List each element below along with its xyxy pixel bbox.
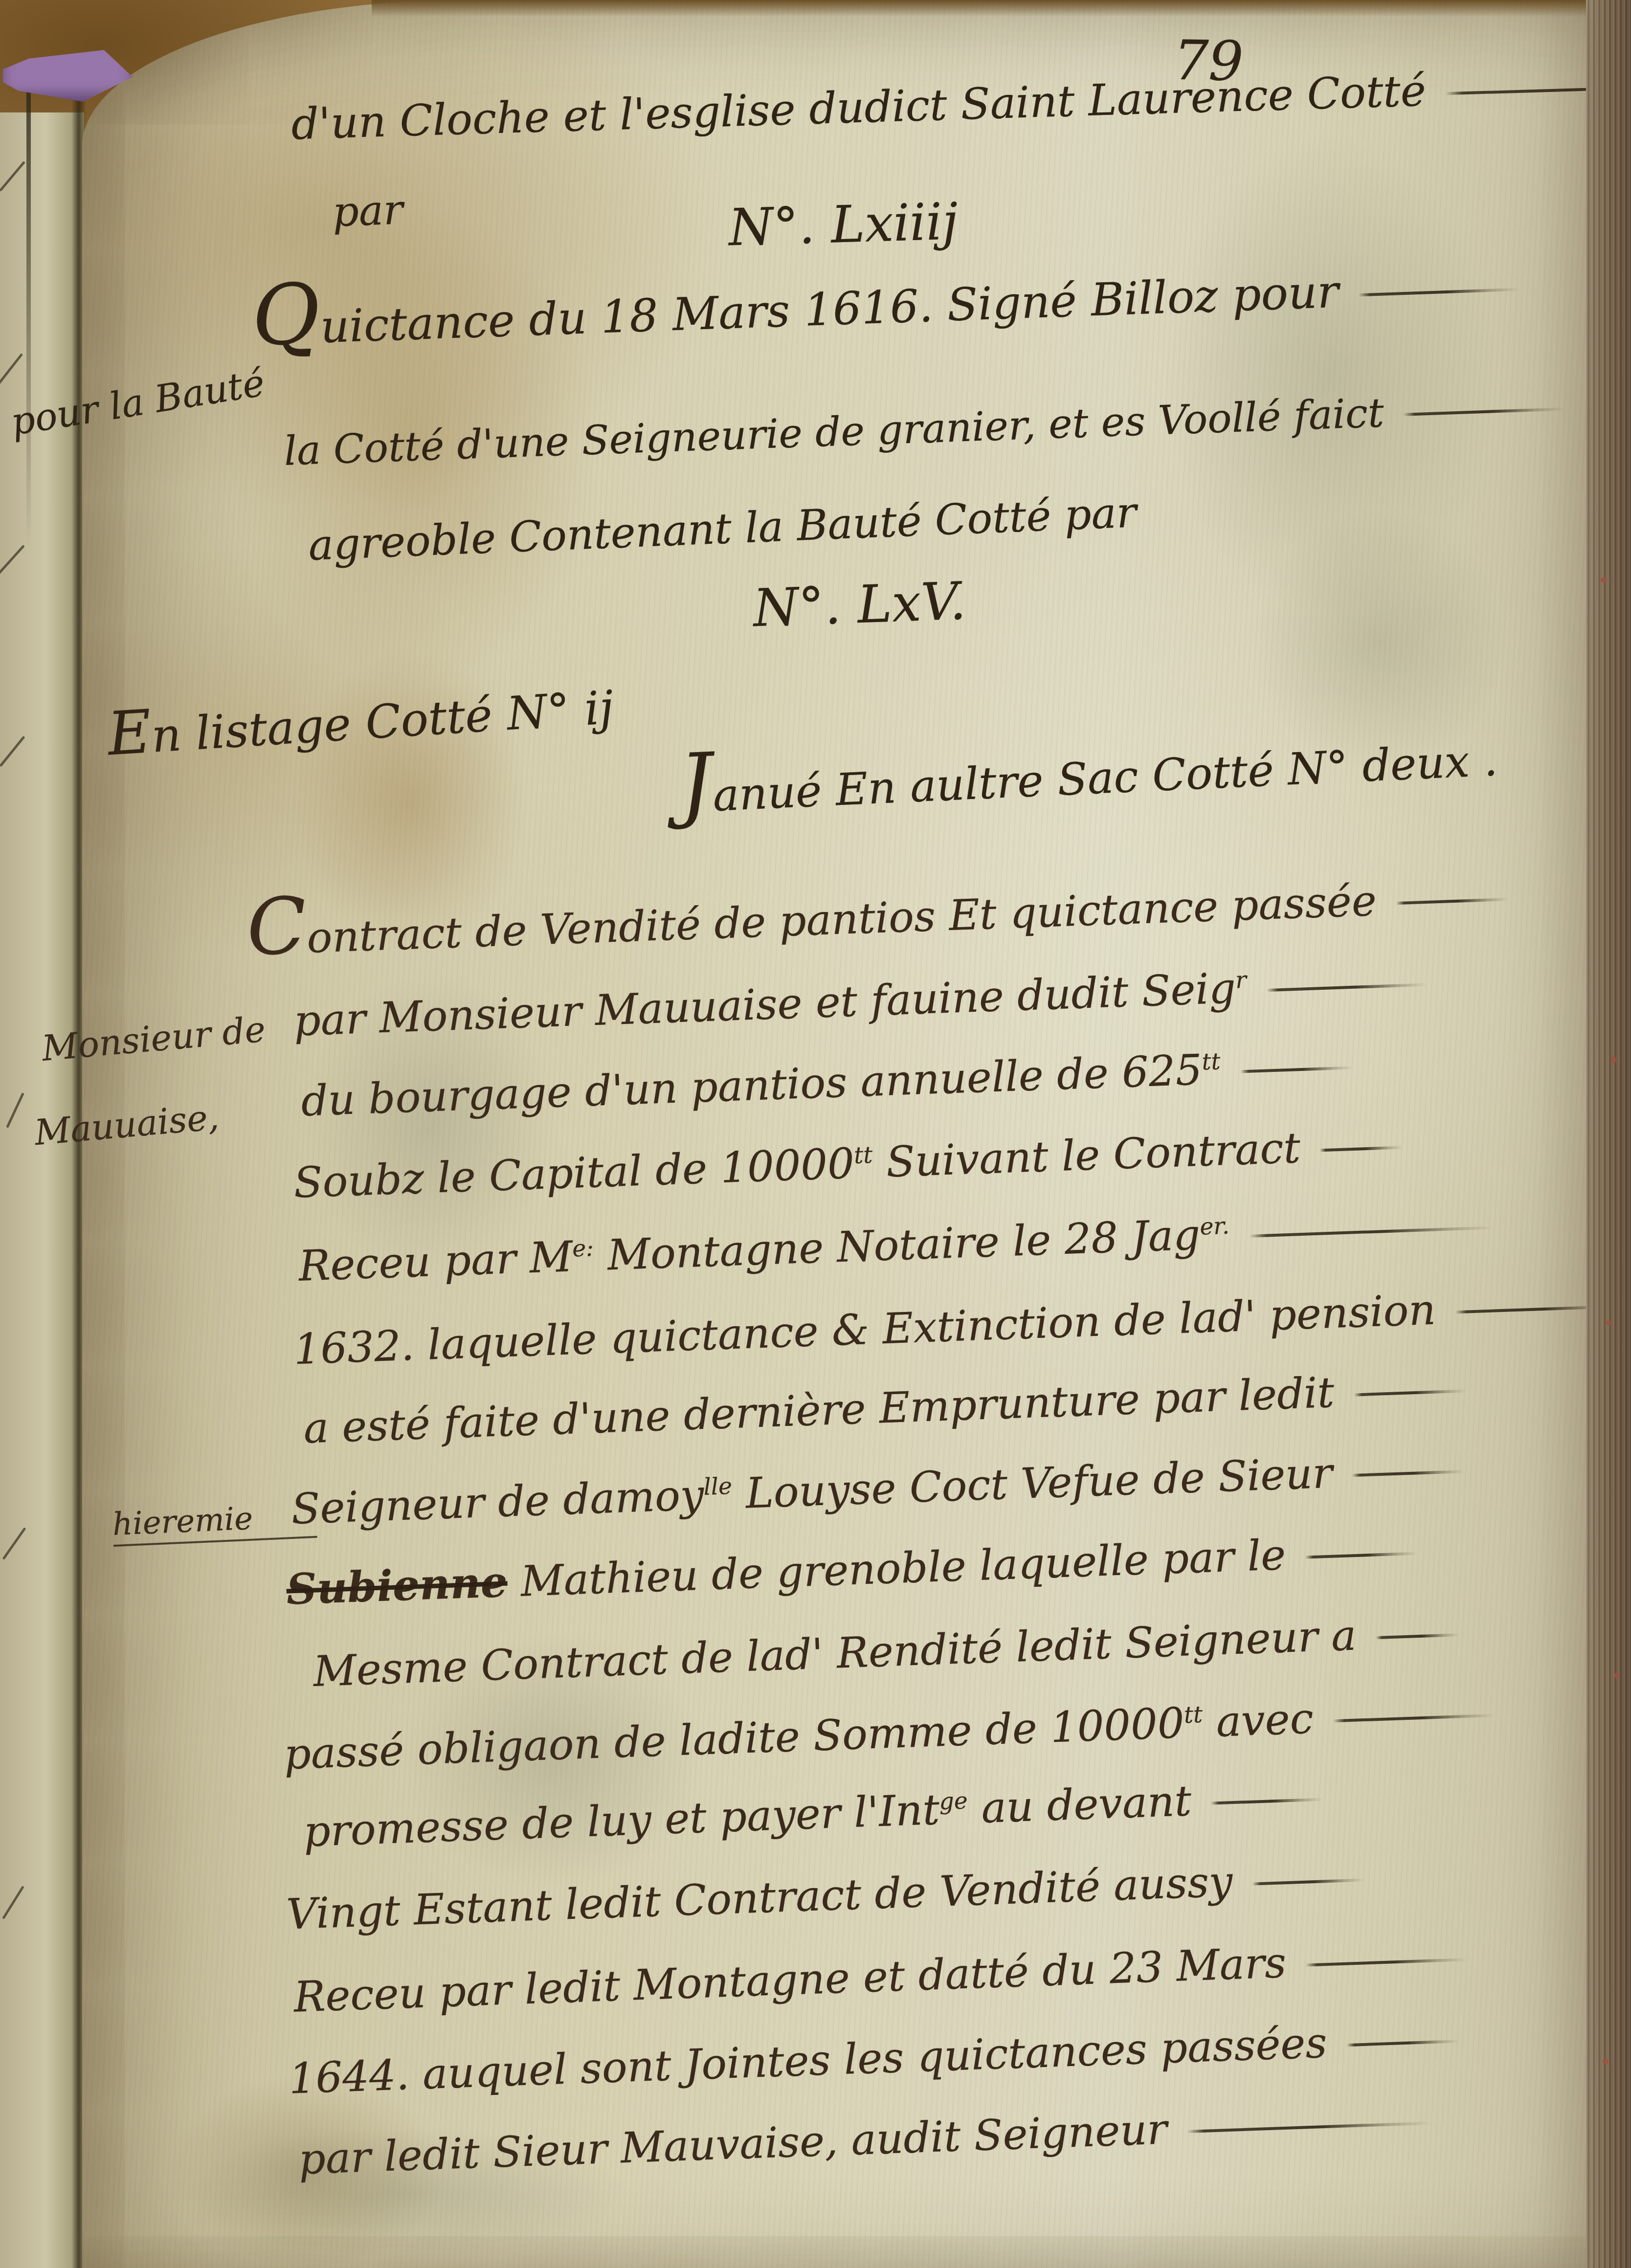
- entry-number-heading: N°. LxV.: [752, 571, 967, 638]
- entry65-line-text: Receu par M: [298, 1232, 573, 1290]
- line-filler-dash: [1346, 2040, 1459, 2046]
- edge-speckle: [1601, 577, 1607, 583]
- superscript: tt: [853, 1142, 873, 1169]
- superscript: ge: [938, 1787, 968, 1815]
- entry65-line-text: avec: [1202, 1694, 1315, 1747]
- struck-word: Subienne: [286, 1557, 508, 1615]
- line-filler-dash: [1249, 1226, 1494, 1237]
- superscript: e:: [572, 1235, 594, 1263]
- line-filler-dash: [1404, 407, 1565, 416]
- line-filler-dash: [1305, 1552, 1418, 1559]
- edge-speckle: [1614, 1672, 1619, 1678]
- superscript: r: [1235, 967, 1247, 994]
- edge-speckle: [1603, 2059, 1609, 2065]
- binding-thread: [26, 68, 31, 548]
- line-filler-dash: [1354, 1389, 1466, 1396]
- line-filler-dash: [1376, 1633, 1459, 1639]
- manuscript-photo: { "page": { "folio_number": "79", "ink_c…: [0, 0, 1631, 2268]
- line-filler-dash: [1306, 1958, 1467, 1967]
- line-filler-dash: [1252, 1879, 1365, 1886]
- edge-speckle: [1606, 1320, 1611, 1325]
- line-filler-dash: [1320, 1146, 1403, 1152]
- superscript: tt: [1202, 1048, 1221, 1075]
- line-filler-dash: [1358, 288, 1519, 297]
- line-filler-dash: [1211, 1798, 1323, 1805]
- line-filler-dash: [1240, 1066, 1353, 1073]
- line-filler-dash: [1396, 898, 1509, 905]
- catchword: par: [332, 186, 403, 236]
- book-page-edges: [1586, 0, 1631, 2268]
- photo-top-edge: [372, 0, 1586, 17]
- entry-number-heading: N°. Lxiiij: [728, 191, 959, 257]
- bleed-through-smudge: [1252, 509, 1506, 773]
- line-filler-dash: [1266, 983, 1428, 992]
- superscript: lle: [703, 1473, 733, 1501]
- entry65-line-text: au devant: [967, 1777, 1192, 1833]
- edge-speckle: [1611, 1056, 1616, 1063]
- superscript: er.: [1199, 1213, 1229, 1241]
- line-filler-dash: [1333, 1714, 1495, 1723]
- line-filler-dash: [1187, 2122, 1431, 2133]
- superscript: tt: [1184, 1701, 1203, 1729]
- line-filler-dash: [1352, 1470, 1465, 1477]
